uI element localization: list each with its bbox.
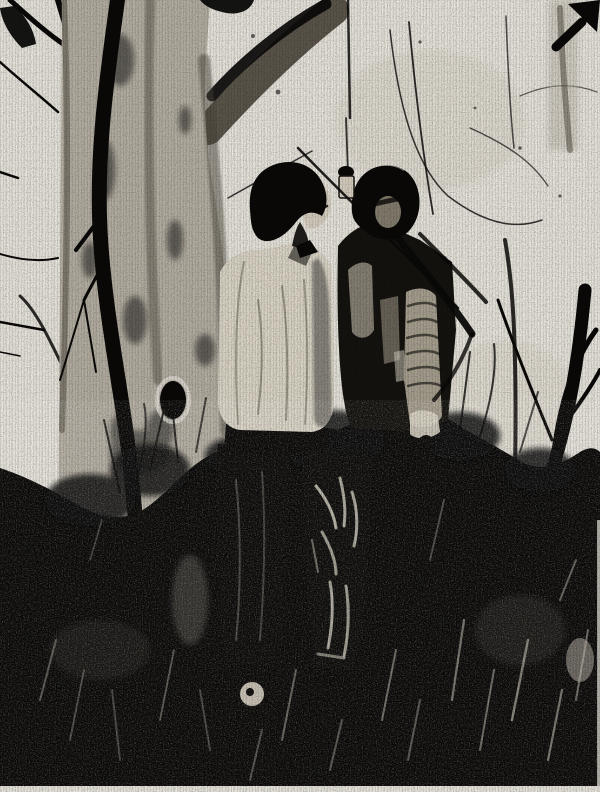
photograph [0, 0, 600, 792]
photo-art [0, 0, 600, 792]
grain-light [0, 400, 600, 786]
